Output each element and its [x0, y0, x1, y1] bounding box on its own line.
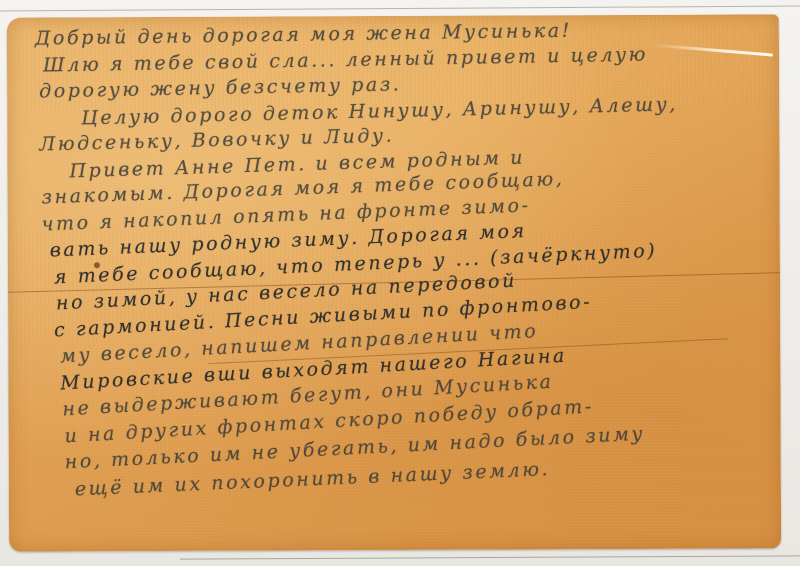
handwritten-text: Добрый день дорогая моя жена Мусинька! Ш…: [29, 24, 776, 504]
scanned-page: Добрый день дорогая моя жена Мусинька! Ш…: [0, 0, 800, 566]
scan-edge-bottom: [180, 555, 800, 559]
scan-edge-top: [0, 6, 800, 12]
letter-card: Добрый день дорогая моя жена Мусинька! Ш…: [7, 14, 781, 551]
